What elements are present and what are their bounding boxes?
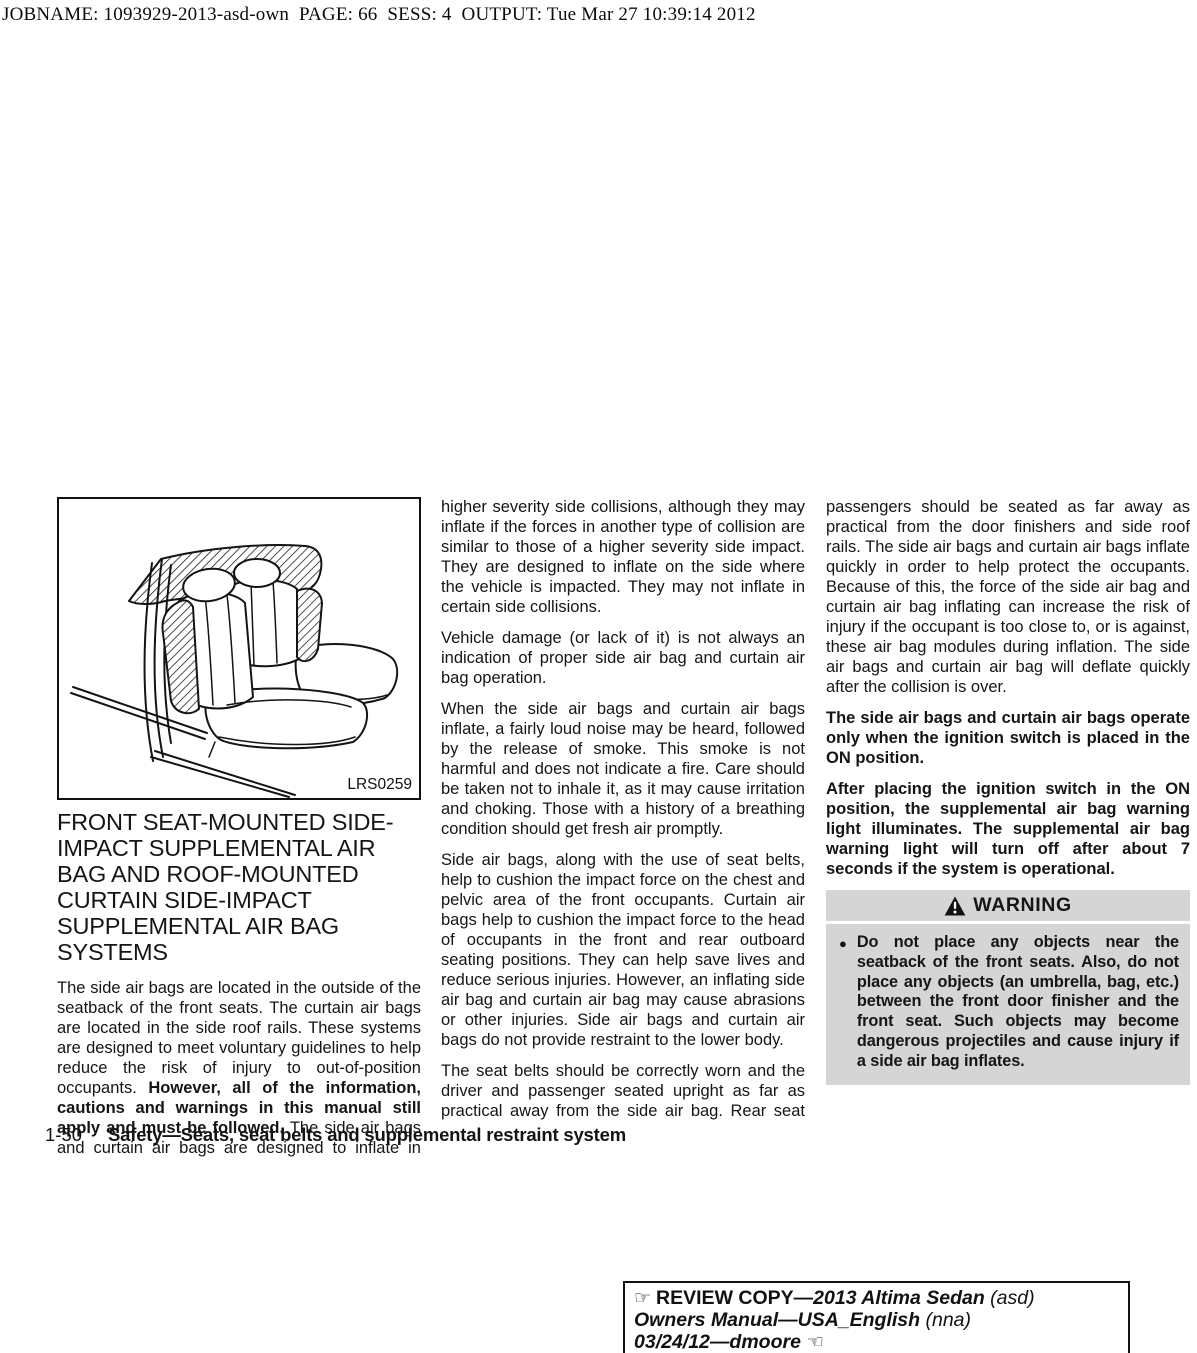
review-line-2-text: Owners Manual—USA_English (nna): [634, 1309, 971, 1331]
review-line-1: ☞REVIEW COPY—2013 Altima Sedan (asd): [634, 1287, 1119, 1309]
warning-title: WARNING: [973, 894, 1071, 917]
review-line-1-text: REVIEW COPY—2013 Altima Sedan (asd): [656, 1287, 1035, 1309]
paragraph: After placing the ignition switch in the…: [826, 779, 1190, 879]
warning-text: Do not place any objects near the seatba…: [857, 933, 1179, 1072]
page-number: 1-50: [45, 1124, 82, 1145]
column-2: higher severity side collisions, althoug…: [441, 497, 805, 1132]
section-heading: FRONT SEAT-MOUNTED SIDE-IMPACT SUPPLEMEN…: [57, 809, 421, 965]
column-3: passengers should be seated as far away …: [826, 497, 1190, 1085]
review-line-3-text: 03/24/12—dmoore: [634, 1331, 801, 1353]
review-line-2: Owners Manual—USA_English (nna): [634, 1309, 1119, 1331]
pointing-hand-left-icon: ☜: [807, 1331, 824, 1353]
paragraph: Vehicle damage (or lack of it) is not al…: [441, 628, 805, 688]
paragraph: passengers should be seated as far away …: [826, 497, 1190, 697]
figure-caption: LRS0259: [347, 776, 412, 794]
paragraph: The seat belts should be correctly worn …: [441, 1061, 805, 1121]
bullet-icon: ●: [839, 934, 847, 1072]
footer-section-title: Safety—Seats, seat belts and supplementa…: [108, 1124, 626, 1145]
seat-airbag-line-art: [59, 499, 419, 798]
paragraph: When the side air bags and curtain air b…: [441, 699, 805, 839]
paragraph: The side air bags and curtain air bags o…: [826, 708, 1190, 768]
warning-body: ● Do not place any objects near the seat…: [826, 924, 1190, 1085]
paragraph: higher severity side collisions, althoug…: [441, 497, 805, 617]
warning-box: WARNING ● Do not place any objects near …: [826, 890, 1190, 1085]
review-line-3: 03/24/12—dmoore☜: [634, 1331, 1119, 1353]
paragraph: Side air bags, along with the use of sea…: [441, 850, 805, 1050]
job-header-line: JOBNAME: 1093929-2013-asd-own PAGE: 66 S…: [2, 4, 756, 26]
warning-triangle-icon: [944, 896, 966, 916]
page-footer: 1-50Safety—Seats, seat belts and supplem…: [45, 1124, 626, 1146]
warning-header: WARNING: [826, 890, 1190, 924]
review-copy-box: ☞REVIEW COPY—2013 Altima Sedan (asd) Own…: [623, 1281, 1130, 1353]
warning-bullet-item: ● Do not place any objects near the seat…: [839, 933, 1179, 1072]
column-1: LRS0259 FRONT SEAT-MOUNTED SIDE-IMPACT S…: [57, 497, 421, 1169]
pointing-hand-right-icon: ☞: [634, 1287, 651, 1309]
seat-airbag-illustration: LRS0259: [57, 497, 421, 800]
